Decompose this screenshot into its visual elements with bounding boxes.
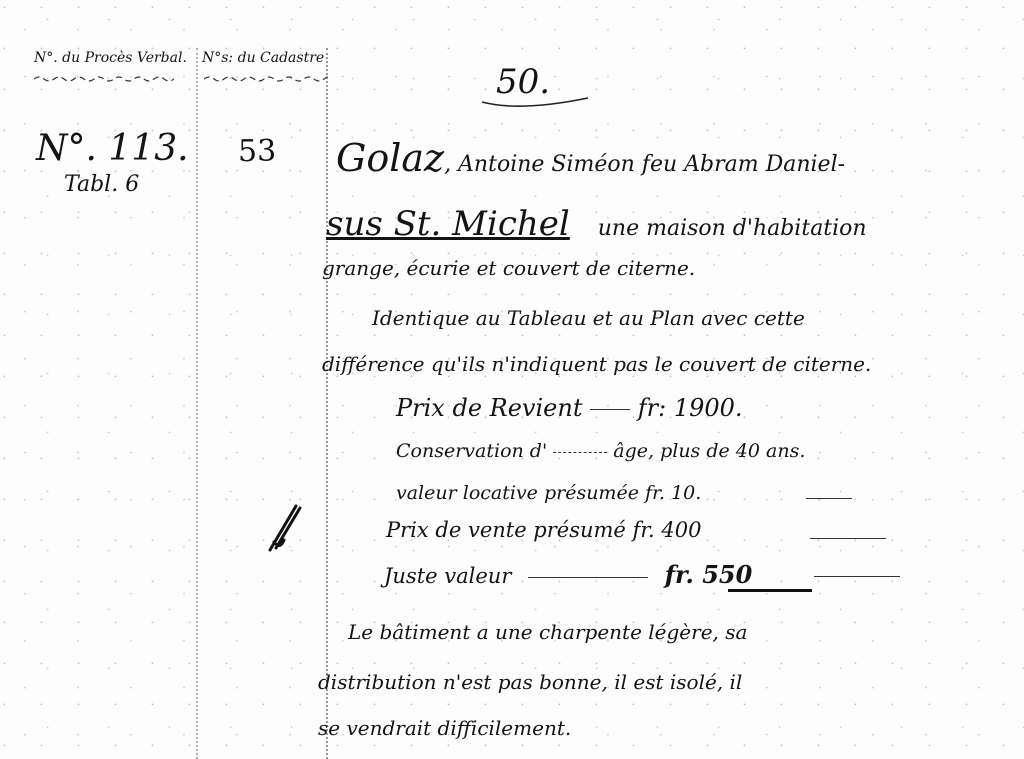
valuation-conservation: Conservation d' âge, plus de 40 ans. bbox=[396, 440, 805, 462]
remark-line-1: Le bâtiment a une charpente légère, sa bbox=[348, 620, 747, 644]
note-line-2: différence qu'ils n'indiquent pas le cou… bbox=[322, 352, 871, 376]
dash-line bbox=[810, 538, 886, 539]
valuation-prix-de-vente: Prix de vente présumé fr. 400 bbox=[386, 518, 701, 542]
valuation-value: âge, plus de 40 ans. bbox=[613, 440, 805, 462]
column-header-cadastre: N°s: du Cadastre bbox=[202, 50, 324, 66]
valuation-value: fr. 10. bbox=[645, 482, 701, 504]
valuation-label: Prix de vente présumé bbox=[386, 518, 626, 542]
valuation-juste-valeur: Juste valeur fr. 550 bbox=[384, 560, 752, 589]
valuation-label: valeur locative présumée bbox=[396, 482, 639, 504]
valuation-label: Prix de Revient bbox=[396, 394, 582, 422]
document-page: N°. du Procès Verbal. N°s: du Cadastre 5… bbox=[0, 0, 1024, 759]
dash-line bbox=[806, 498, 852, 499]
valuation-valeur-locative: valeur locative présumée fr. 10. bbox=[396, 482, 701, 504]
margin-pen-mark bbox=[266, 498, 306, 558]
final-value-underline bbox=[728, 589, 812, 592]
remark-line-3: se vendrait difficilement. bbox=[318, 716, 571, 740]
valuation-value: fr: 1900. bbox=[638, 394, 743, 422]
valuation-prix-de-revient: Prix de Revient fr: 1900. bbox=[396, 394, 743, 422]
valuation-value-final: fr. 550 bbox=[665, 560, 753, 589]
page-number-underline bbox=[480, 96, 590, 110]
remark-line-2: distribution n'est pas bonne, il est iso… bbox=[318, 670, 742, 694]
location-line: sus St. Michel une maison d'habitation bbox=[326, 204, 867, 244]
location-name: sus St. Michel bbox=[326, 204, 570, 244]
valuation-label: Conservation d' bbox=[396, 440, 547, 462]
valuation-value: fr. 400 bbox=[633, 518, 702, 542]
column-divider-right bbox=[326, 48, 328, 759]
paper-speckle bbox=[0, 0, 1024, 759]
valuation-label: Juste valeur bbox=[384, 564, 511, 588]
dash-line bbox=[814, 576, 900, 577]
description-line: grange, écurie et couvert de citerne. bbox=[322, 256, 695, 280]
tableau-reference: Tabl. 6 bbox=[64, 172, 139, 197]
property-type: une maison d'habitation bbox=[598, 216, 867, 241]
note-line-1: Identique au Tableau et au Plan avec cet… bbox=[372, 306, 805, 330]
cadastre-number: 53 bbox=[238, 134, 276, 169]
column-divider-left bbox=[196, 48, 198, 759]
owner-surname: Golaz bbox=[336, 136, 444, 180]
header-wavy-underline bbox=[34, 74, 174, 82]
header-wavy-underline bbox=[204, 74, 328, 82]
column-header-proces-verbal: N°. du Procès Verbal. bbox=[34, 50, 187, 66]
owner-line: Golaz, Antoine Siméon feu Abram Daniel- bbox=[336, 136, 845, 180]
proces-verbal-number: N°. 113. bbox=[36, 128, 189, 169]
